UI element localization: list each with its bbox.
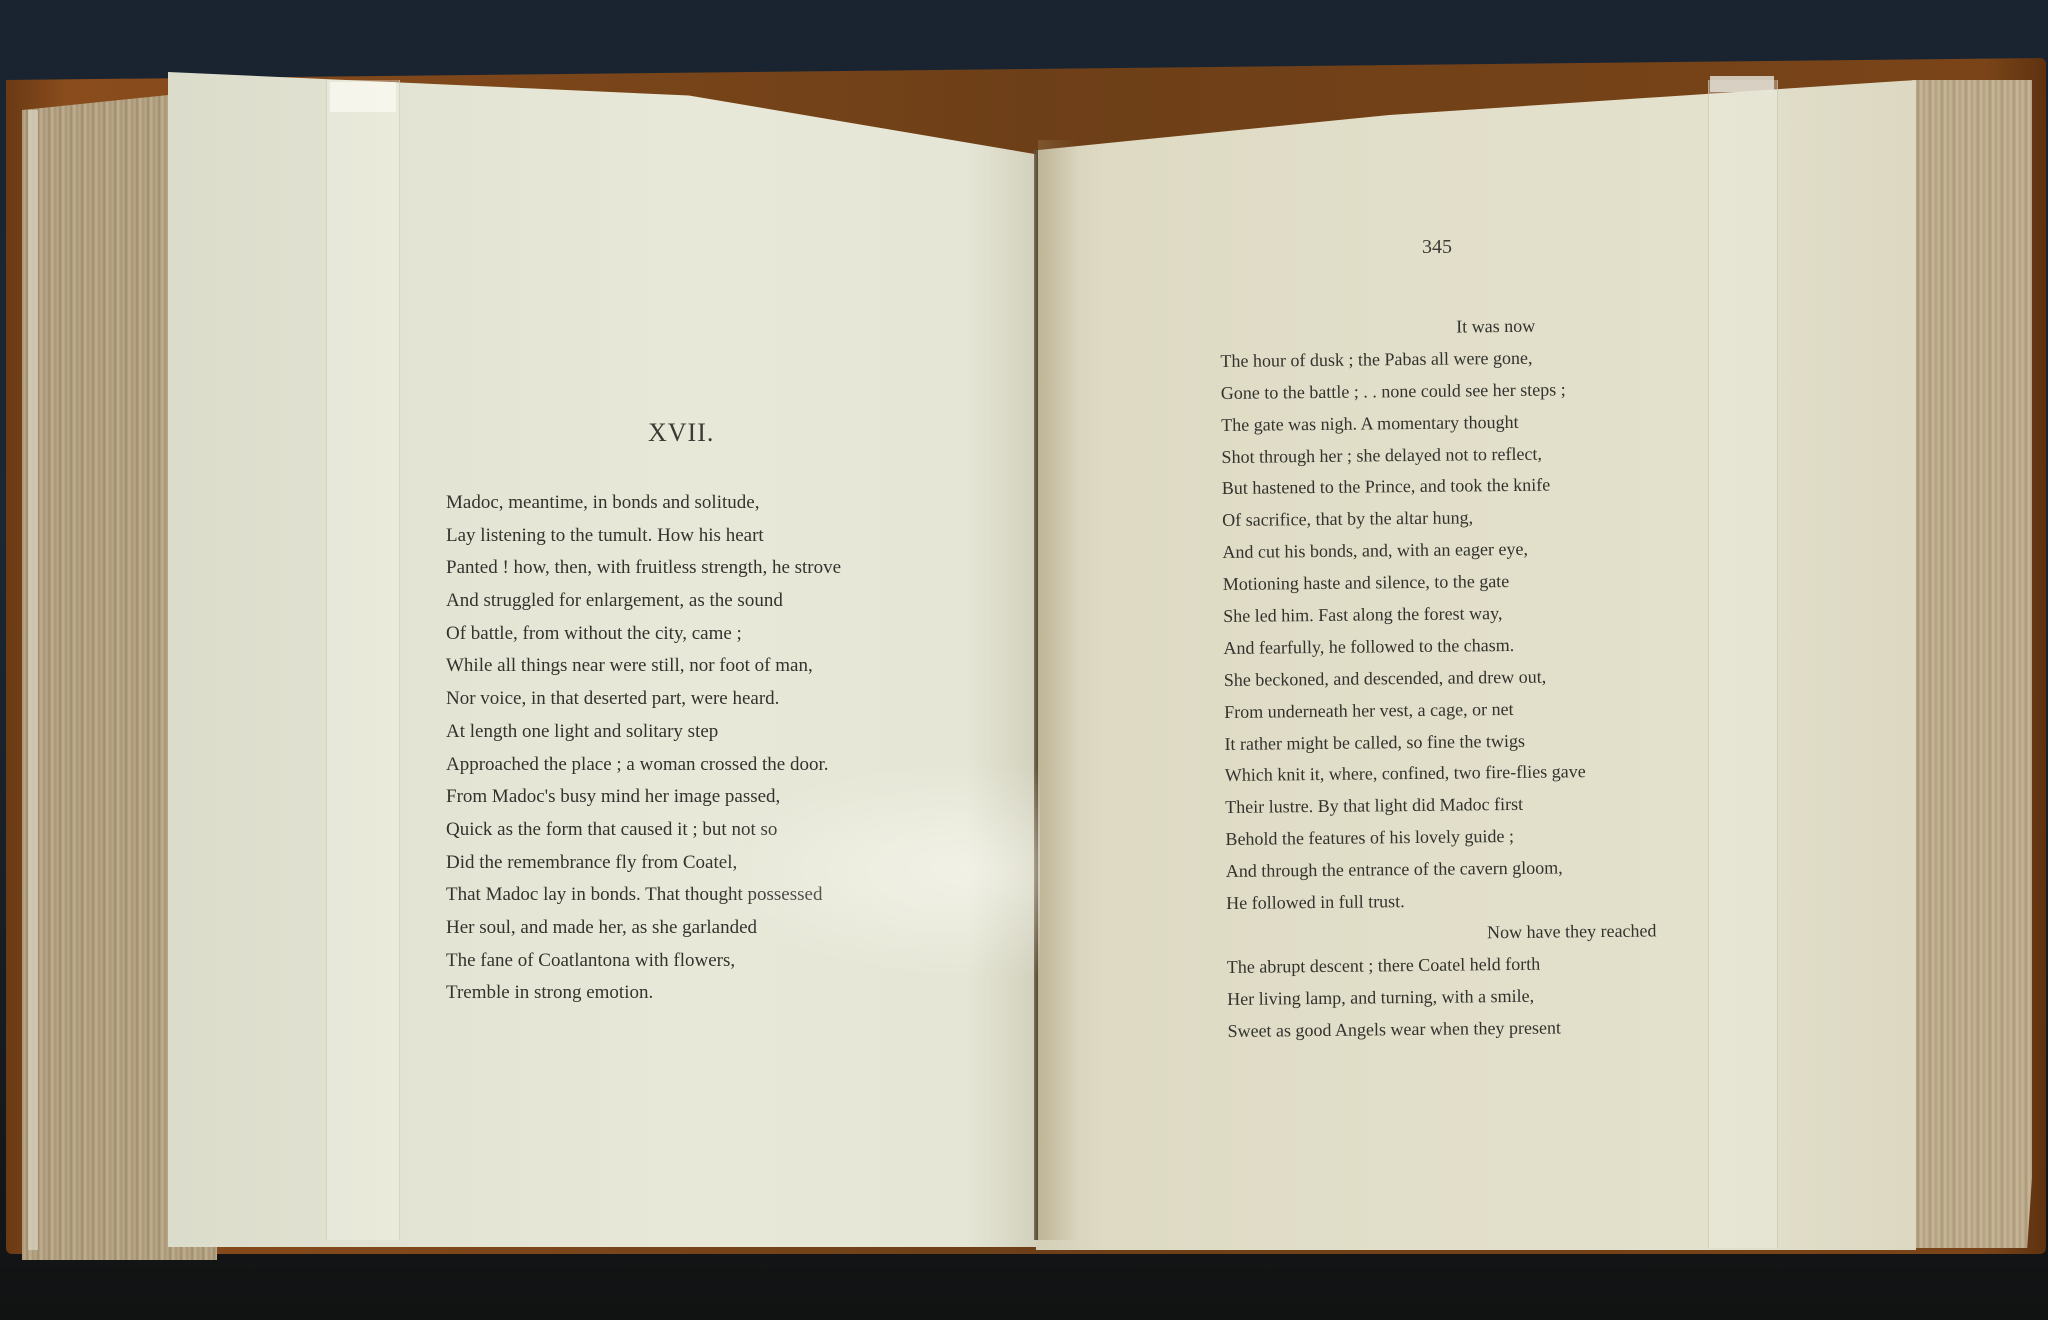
- verse-line: And through the entrance of the cavern g…: [1226, 852, 1666, 888]
- verse-line: While all things near were still, nor fo…: [446, 650, 906, 683]
- chapter-heading: XVII.: [648, 418, 714, 448]
- verse-line: She led him. Fast along the forest way,: [1223, 596, 1663, 632]
- verse-line: Panted ! how, then, with fruitless stren…: [446, 552, 906, 585]
- verse-line: Lay listening to the tumult. How his hea…: [446, 520, 906, 553]
- verse-line: Madoc, meantime, in bonds and solitude,: [446, 487, 906, 520]
- right-tape-highlight: [1710, 76, 1774, 92]
- verse-line: The gate was nigh. A momentary thought: [1221, 405, 1661, 441]
- verse-line: And cut his bonds, and, with an eager ey…: [1222, 533, 1662, 569]
- left-endpaper-edge: [28, 110, 38, 1250]
- verse-line: And struggled for enlargement, as the so…: [446, 585, 906, 618]
- verse-line: It was now: [1220, 309, 1660, 345]
- verse-line: Tremble in strong emotion.: [446, 977, 906, 1010]
- verse-line: The hour of dusk ; the Pabas all were go…: [1220, 341, 1660, 377]
- light-glare: [700, 760, 1040, 980]
- verse-line: At length one light and solitary step: [446, 716, 906, 749]
- verse-line: Gone to the battle ; . . none could see …: [1221, 373, 1661, 409]
- verse-line: But hastened to the Prince, and took the…: [1222, 469, 1662, 505]
- right-fore-edge: [1912, 80, 2032, 1248]
- verse-line: Now have they reached: [1226, 915, 1666, 951]
- verse-line: Motioning haste and silence, to the gate: [1223, 565, 1663, 601]
- verse-line: The abrupt descent ; there Coatel held f…: [1227, 947, 1667, 983]
- right-verse-block: It was now The hour of dusk ; the Pabas …: [1220, 309, 1668, 1047]
- verse-line: And fearfully, he followed to the chasm.: [1223, 628, 1663, 664]
- verse-line: From underneath her vest, a cage, or net: [1224, 692, 1664, 728]
- right-tape-strip: [1708, 80, 1778, 1248]
- left-tape-strip: [326, 80, 400, 1240]
- verse-line: Which knit it, where, confined, two fire…: [1225, 756, 1665, 792]
- verse-line: Behold the features of his lovely guide …: [1225, 820, 1665, 856]
- left-tape-highlight: [330, 82, 396, 112]
- verse-line: Nor voice, in that deserted part, were h…: [446, 683, 906, 716]
- verse-line: Of sacrifice, that by the altar hung,: [1222, 501, 1662, 537]
- verse-line: He followed in full trust.: [1226, 883, 1666, 919]
- verse-line: Her living lamp, and turning, with a smi…: [1227, 979, 1667, 1015]
- verse-line: She beckoned, and descended, and drew ou…: [1224, 660, 1664, 696]
- verse-line: It rather might be called, so fine the t…: [1224, 724, 1664, 760]
- page-number: 345: [1422, 236, 1452, 259]
- verse-line: Shot through her ; she delayed not to re…: [1221, 437, 1661, 473]
- gutter-shadow: [1038, 140, 1078, 1240]
- verse-line: Sweet as good Angels wear when they pres…: [1227, 1011, 1667, 1047]
- verse-line: Their lustre. By that light did Madoc fi…: [1225, 788, 1665, 824]
- verse-line: Of battle, from without the city, came ;: [446, 618, 906, 651]
- gutter-binding: [1034, 150, 1038, 1240]
